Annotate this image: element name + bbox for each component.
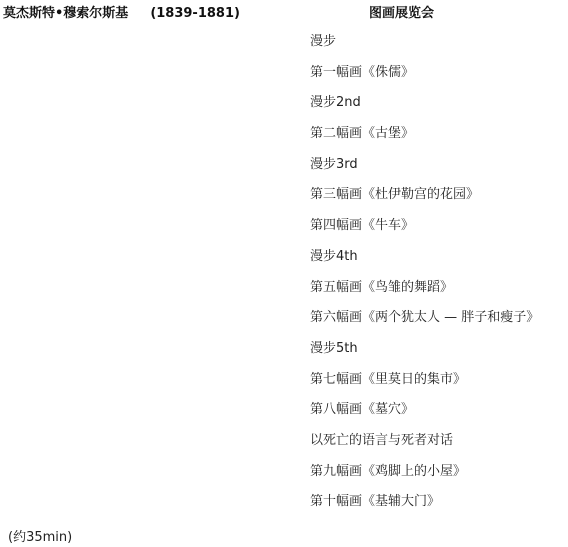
program-item: 第六幅画《两个犹太人 — 胖子和瘦子》 [310,308,539,339]
program-item: 第十幅画《基辅大门》 [310,492,539,523]
program-item: 漫步3rd [310,155,539,186]
program-list: 漫步 第一幅画《侏儒》 漫步2nd 第二幅画《古堡》 漫步3rd 第三幅画《杜伊… [310,32,539,523]
duration-note: (约35min) [8,526,72,545]
composer-name: 莫杰斯特•穆索尔斯基 [3,6,128,21]
program-item: 第五幅画《鸟雏的舞蹈》 [310,278,539,309]
program-item: 第八幅画《墓穴》 [310,400,539,431]
composer-years: (1839-1881) [150,6,240,21]
program-item: 以死亡的语言与死者对话 [310,431,539,462]
program-item: 漫步5th [310,339,539,370]
program-item: 漫步 [310,32,539,63]
work-title: 图画展览会 [369,2,434,21]
program-item: 漫步4th [310,247,539,278]
program-item: 第一幅画《侏儒》 [310,63,539,94]
composer-heading: 莫杰斯特•穆索尔斯基(1839-1881) [3,2,240,21]
program-item: 第七幅画《里莫日的集市》 [310,370,539,401]
program-item: 漫步2nd [310,93,539,124]
program-item: 第二幅画《古堡》 [310,124,539,155]
program-item: 第四幅画《牛车》 [310,216,539,247]
program-item: 第九幅画《鸡脚上的小屋》 [310,462,539,493]
program-item: 第三幅画《杜伊勒宫的花园》 [310,185,539,216]
